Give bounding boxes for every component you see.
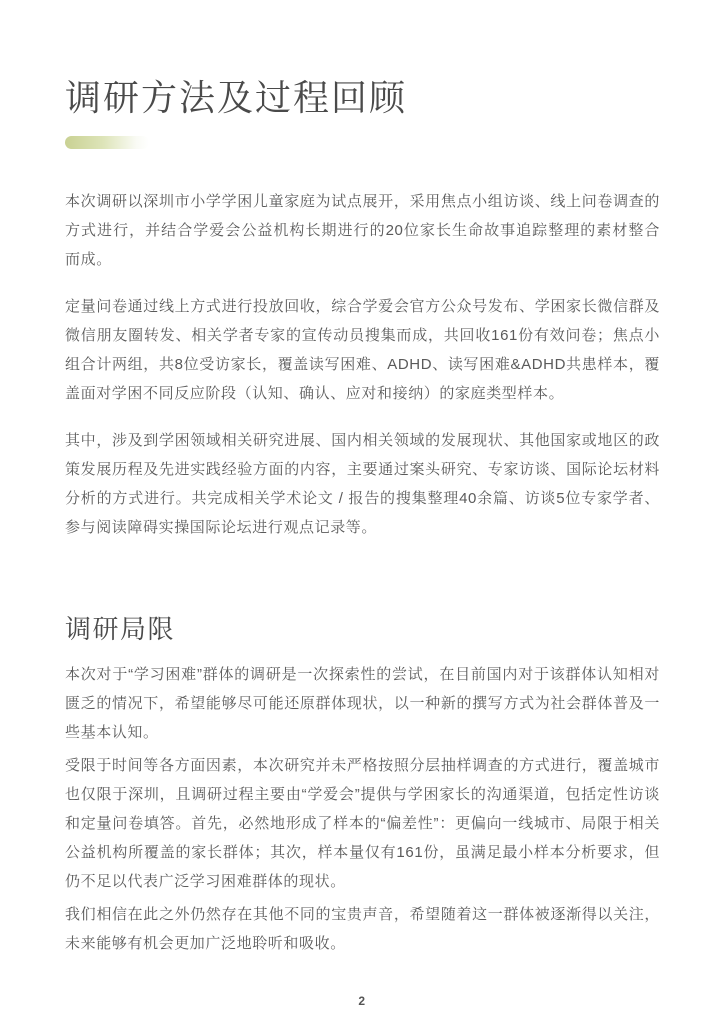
body-paragraph: 受限于时间等各方面因素，本次研究并未严格按照分层抽样调查的方式进行，覆盖城市也仅… [65, 751, 660, 896]
page-number: 2 [0, 994, 724, 1008]
body-paragraph: 本次对于“学习困难”群体的调研是一次探索性的尝试，在目前国内对于该群体认知相对匮… [65, 660, 660, 747]
body-paragraph: 定量问卷通过线上方式进行投放回收，综合学爱会官方公众号发布、学困家长微信群及微信… [65, 292, 660, 408]
page-content: 调研方法及过程回顾 本次调研以深圳市小学学困儿童家庭为试点展开，采用焦点小组访谈… [0, 74, 724, 958]
section-methodology: 本次调研以深圳市小学学困儿童家庭为试点展开，采用焦点小组访谈、线上问卷调查的方式… [65, 187, 660, 542]
page-title: 调研方法及过程回顾 [65, 74, 660, 122]
section-limitations: 调研局限 本次对于“学习困难”群体的调研是一次探索性的尝试，在目前国内对于该群体… [65, 612, 660, 958]
section-heading: 调研局限 [65, 612, 660, 646]
body-paragraph: 我们相信在此之外仍然存在其他不同的宝贵声音，希望随着这一群体被逐渐得以关注，未来… [65, 900, 660, 958]
body-paragraph: 本次调研以深圳市小学学困儿童家庭为试点展开，采用焦点小组访谈、线上问卷调查的方式… [65, 187, 660, 274]
title-accent-bar [65, 136, 149, 149]
report-page: 调研方法及过程回顾 本次调研以深圳市小学学困儿童家庭为试点展开，采用焦点小组访谈… [0, 0, 724, 1024]
body-paragraph: 其中，涉及到学困领域相关研究进展、国内相关领域的发展现状、其他国家或地区的政策发… [65, 426, 660, 542]
